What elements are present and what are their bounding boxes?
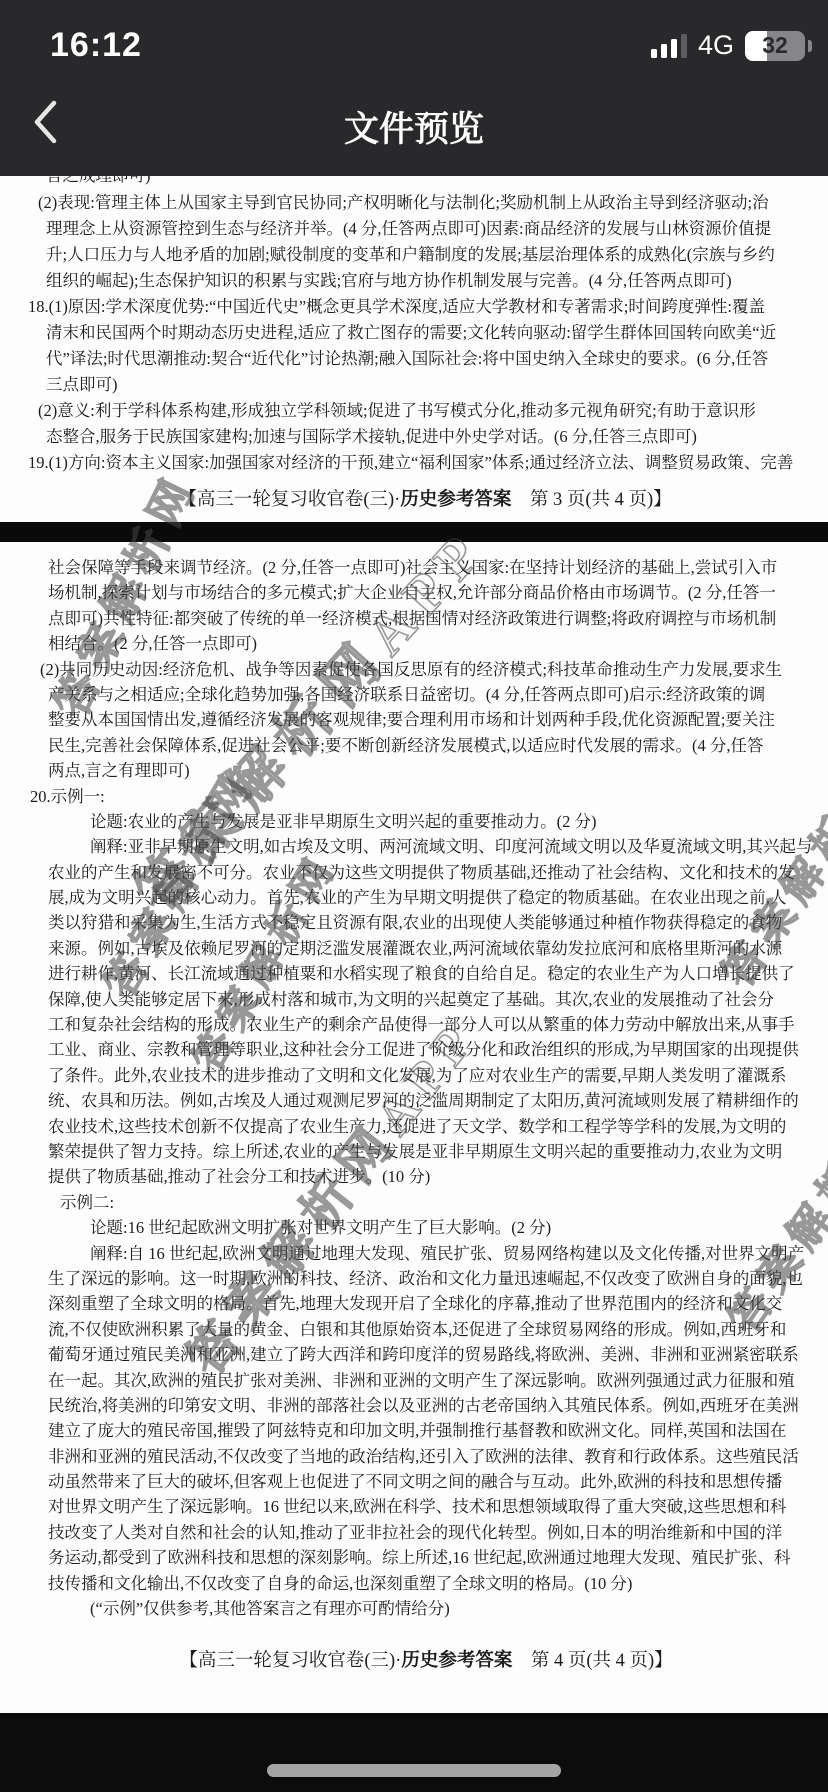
footer-page-number: 第 4 页(共 4 页)】 — [512, 1651, 672, 1671]
document-line: 阐释:自 16 世纪起,欧洲文明通过地理大发现、殖民扩张、贸易网络构建以及文化传… — [48, 1241, 804, 1266]
document-line: 在一起。其次,欧洲的殖民扩张对美洲、非洲和亚洲的文明产生了深远影响。欧洲列强通过… — [48, 1368, 804, 1393]
document-page-3: 言之成理即可) (2)表现:管理主体上从国家主导到官民协同;产权明晰化与法制化;… — [0, 176, 828, 513]
document-line: 务运动,都受到了欧洲科技和思想的深刻影响。综上所述,16 世纪起,欧洲通过地理大… — [48, 1545, 804, 1570]
document-line: 19.(1)方向:资本主义国家:加强国家对经济的干预,建立“福利国家”体系;通过… — [46, 450, 804, 476]
document-line: 两点,言之有理即可) — [48, 758, 804, 783]
document-line: 18.(1)原因:学术深度优势:“中国近代史”概念更具学术深度,适应大学教材和专… — [46, 294, 804, 320]
page-title: 文件预览 — [0, 102, 828, 152]
signal-strength-icon — [651, 34, 687, 58]
document-line: 繁荣提供了智力支持。综上所述,农业的产生与发展是亚非早期原生文明兴起的重要推动力… — [48, 1139, 804, 1164]
footer-title: 历史参考答案 — [401, 1651, 512, 1671]
document-line: 统、农具和历法。例如,古埃及人通过观测尼罗河的泛滥周期制定了太阳历,黄河流域则发… — [48, 1088, 804, 1113]
document-line: 建立了庞大的殖民帝国,摧毁了阿兹特克和印加文明,并强制推行基督教和欧洲文化。同样… — [48, 1418, 804, 1443]
document-line: 技传播和文化输出,不仅改变了自身的命运,也深刻重塑了全球文明的格局。(10 分) — [48, 1571, 804, 1596]
document-line: 葡萄牙通过殖民美洲和亚洲,建立了跨大西洋和跨印度洋的贸易路线,将欧洲、美洲、非洲… — [48, 1342, 804, 1367]
document-line: 场机制,探索计划与市场结合的多元模式;扩大企业自主权,允许部分商品价格由市场调节… — [48, 580, 804, 605]
document-line: (2)表现:管理主体上从国家主导到官民协同;产权明晰化与法制化;奖励机制上从政治… — [46, 190, 804, 216]
document-line: 示例二: — [48, 1190, 804, 1215]
document-line: 类以狩猎和采集为生,生活方式不稳定且资源有限,农业的出现使人类能够通过种植作物获… — [48, 910, 804, 935]
document-line: (2)意义:利于学科体系构建,形成独立学科领域;促进了书写模式分化,推动多元视角… — [46, 398, 804, 424]
footer-page-number: 第 3 页(共 4 页)】 — [511, 490, 671, 510]
home-indicator[interactable] — [267, 1764, 561, 1777]
document-line: 代”译法;时代思潮推动:契合“近代化”讨论热潮;融入国际社会:将中国史纳入全球史… — [46, 346, 804, 372]
document-line: 论题:农业的产生与发展是亚非早期原生文明兴起的重要推动力。(2 分) — [48, 809, 804, 834]
document-line: 理理念上从资源管控到生态与经济并举。(4 分,任答两点即可)因素:商品经济的发展… — [46, 216, 804, 242]
document-line: 清末和民国两个时期动态历史进程,适应了救亡图存的需要;文化转向驱动:留学生群体回… — [46, 320, 804, 346]
footer-prefix: 【高三一轮复习收官卷(三)· — [179, 1651, 401, 1671]
page-separator — [0, 522, 828, 542]
document-line: 民生,完善社会保障体系,促进社会公平;要不断创新经济发展模式,以适应时代发展的需… — [48, 733, 804, 758]
document-line: 保障,使人类能够定居下来,形成村落和城市,为文明的兴起奠定了基础。其次,农业的发… — [48, 987, 804, 1012]
document-line: 社会保障等手段来调节经济。(2 分,任答一点即可)社会主义国家:在坚持计划经济的… — [48, 555, 804, 580]
document-line: 了条件。此外,农业技术的进步推动了文明和文化发展,为了应对农业生产的需要,早期人… — [48, 1063, 804, 1088]
document-line: 提供了物质基础,推动了社会分工和技术进步。(10 分) — [48, 1164, 804, 1189]
battery-icon: 32 — [745, 31, 805, 61]
document-line: 组织的崛起);生态保护知识的积累与实践;官府与地方协作机制发展与完善。(4 分,… — [46, 268, 804, 294]
document-line: 农业技术,这些技术创新不仅提高了农业生产力,还促进了天文学、数学和工程学等学科的… — [48, 1114, 804, 1139]
document-line: 20.示例一: — [48, 784, 804, 809]
document-line: 点即可)共性特征:都突破了传统的单一经济模式,根据国情对经济政策进行调整;将政府… — [48, 606, 804, 631]
document-line: 对世界文明产生了深远影响。16 世纪以来,欧洲在科学、技术和思想领域取得了重大突… — [48, 1494, 804, 1519]
document-line: 生了深远的影响。这一时期,欧洲的科技、经济、政治和文化力量迅速崛起,不仅改变了欧… — [48, 1266, 804, 1291]
document-page-4: 社会保障等手段来调节经济。(2 分,任答一点即可)社会主义国家:在坚持计划经济的… — [0, 542, 828, 1674]
document-line: 动虽然带来了巨大的破坏,但客观上也促进了不同文明之间的融合与互动。此外,欧洲的科… — [48, 1469, 804, 1494]
document-line: 进行耕作,黄河、长江流域通过种植粟和水稻实现了粮食的自给自足。稳定的农业生产为人… — [48, 961, 804, 986]
document-line: 农业的产生和发展密不可分。农业不仅为这些文明提供了物质基础,还推动了社会结构、文… — [48, 860, 804, 885]
file-preview-screen: 言之成理即可) (2)表现:管理主体上从国家主导到官民协同;产权明晰化与法制化;… — [0, 0, 828, 1792]
document-line: (2)共同历史动因:经济危机、战争等因素促使各国反思原有的经济模式;科技革命推动… — [48, 657, 804, 682]
document-line: 产关系与之相适应;全球化趋势加强,各国经济联系日益密切。(4 分,任答两点即可)… — [48, 682, 804, 707]
battery-cap — [808, 40, 812, 52]
document-line: 流,不仅使欧洲积累了大量的黄金、白银和其他原始资本,还促进了全球贸易网络的形成。… — [48, 1317, 804, 1342]
document-line: 民统治,将美洲的印第安文明、非洲的部落社会以及亚洲的古老帝国纳入其殖民体系。例如… — [48, 1393, 804, 1418]
bottom-bar — [0, 1713, 828, 1792]
status-time: 16:12 — [50, 26, 142, 65]
footer-title: 历史参考答案 — [400, 490, 511, 510]
header-bar: 16:12 4G 32 文件预览 — [0, 0, 828, 176]
document-line: (“示例”仅供参考,其他答案言之有理亦可酌情给分) — [48, 1596, 804, 1621]
page-footer: 【高三一轮复习收官卷(三)·历史参考答案 第 4 页(共 4 页)】 — [48, 1648, 804, 1674]
footer-prefix: 【高三一轮复习收官卷(三)· — [178, 490, 400, 510]
page-footer: 【高三一轮复习收官卷(三)·历史参考答案 第 3 页(共 4 页)】 — [46, 487, 804, 513]
document-line: 技改变了人类对自然和社会的认知,推动了亚非拉社会的现代化转型。例如,日本的明治维… — [48, 1520, 804, 1545]
document-line: 三点即可) — [46, 372, 804, 398]
document-line: 工和复杂社会结构的形成。农业生产的剩余产品使得一部分人可以从繁重的体力劳动中解放… — [48, 1012, 804, 1037]
document-line: 非洲和亚洲的殖民活动,不仅改变了当地的政治结构,还引入了欧洲的法律、教育和行政体… — [48, 1444, 804, 1469]
document-preview[interactable]: 言之成理即可) (2)表现:管理主体上从国家主导到官民协同;产权明晰化与法制化;… — [0, 176, 828, 1713]
document-line: 工业、商业、宗教和管理等职业,这种社会分工促进了阶级分化和政治组织的形成,为早期… — [48, 1037, 804, 1062]
document-line: 深刻重塑了全球文明的格局。首先,地理大发现开启了全球化的序幕,推动了世界范围内的… — [48, 1291, 804, 1316]
network-type-label: 4G — [698, 30, 734, 61]
document-line: 相结合。(2 分,任答一点即可) — [48, 631, 804, 656]
clipped-line: 言之成理即可) — [46, 176, 804, 190]
document-line: 升;人口压力与人地矛盾的加剧;赋役制度的变革和户籍制度的发展;基层治理体系的成熟… — [46, 242, 804, 268]
document-line: 态整合,服务于民族国家建构;加速与国际学术接轨,促进中外史学对话。(6 分,任答… — [46, 424, 804, 450]
document-line: 来源。例如,古埃及依赖尼罗河的定期泛滥发展灌溉农业,两河流域依靠幼发拉底河和底格… — [48, 936, 804, 961]
document-line: 展,成为文明兴起的核心动力。首先,农业的产生为早期文明提供了稳定的物质基础。在农… — [48, 885, 804, 910]
battery-percent: 32 — [745, 31, 805, 61]
document-line: 论题:16 世纪起欧洲文明扩张对世界文明产生了巨大影响。(2 分) — [48, 1215, 804, 1240]
document-line: 整要从本国国情出发,遵循经济发展的客观规律;要合理利用市场和计划两种手段,优化资… — [48, 707, 804, 732]
document-line: 阐释:亚非早期原生文明,如古埃及文明、两河流域文明、印度河流域文明以及华夏流域文… — [48, 834, 804, 859]
